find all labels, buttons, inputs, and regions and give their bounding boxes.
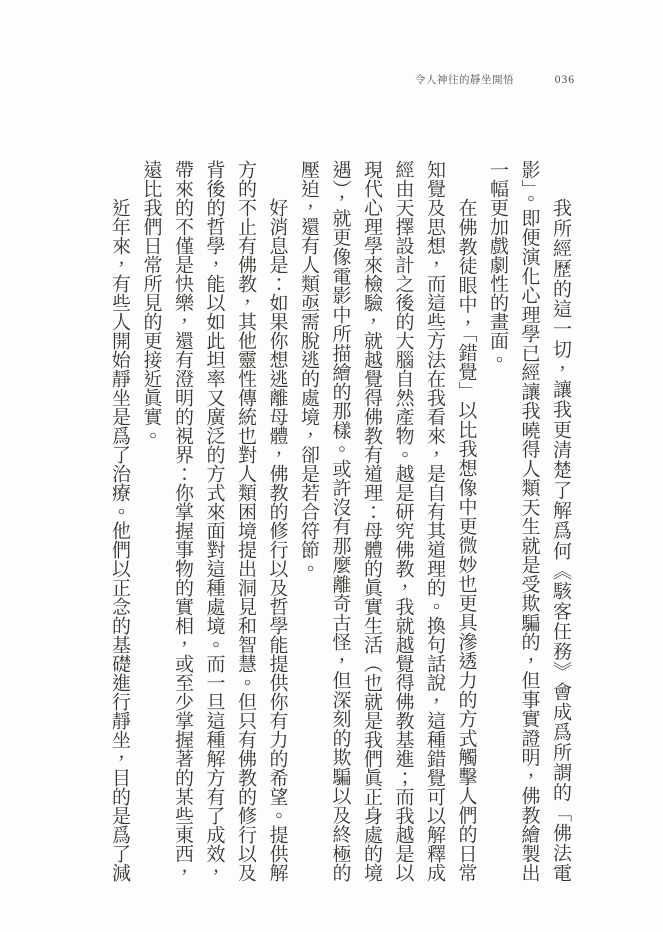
book-page: 令人神往的靜坐開悟 036 我所經歷的這一切，讓我更清楚了解爲何《駭客任務》會成… xyxy=(0,0,663,932)
chapter-title: 令人神往的靜坐開悟 xyxy=(415,72,514,87)
page-number: 036 xyxy=(555,74,575,86)
page-text-block: 我所經歷的這一切，讓我更清楚了解爲何《駭客任務》會成爲所謂的「佛法電影」。即便演… xyxy=(104,160,577,882)
body-paragraph: 在佛教徒眼中，「錯覺」以比我想像中更微妙也更具滲透力的方式觸擊人們的日常知覺及思… xyxy=(293,160,482,882)
body-paragraph: 好消息是：如果你想逃離母體，佛教的修行以及哲學能提供你有力的希望。提供解方的不止… xyxy=(135,160,293,882)
body-paragraph: 近年來，有些人開始靜坐是爲了治療。他們以正念的基礎進行靜坐，目的是爲了減 xyxy=(104,160,136,882)
body-paragraph: 我所經歷的這一切，讓我更清楚了解爲何《駭客任務》會成爲所謂的「佛法電影」。即便演… xyxy=(482,160,577,882)
running-header: 令人神往的靜坐開悟 036 xyxy=(415,72,575,87)
